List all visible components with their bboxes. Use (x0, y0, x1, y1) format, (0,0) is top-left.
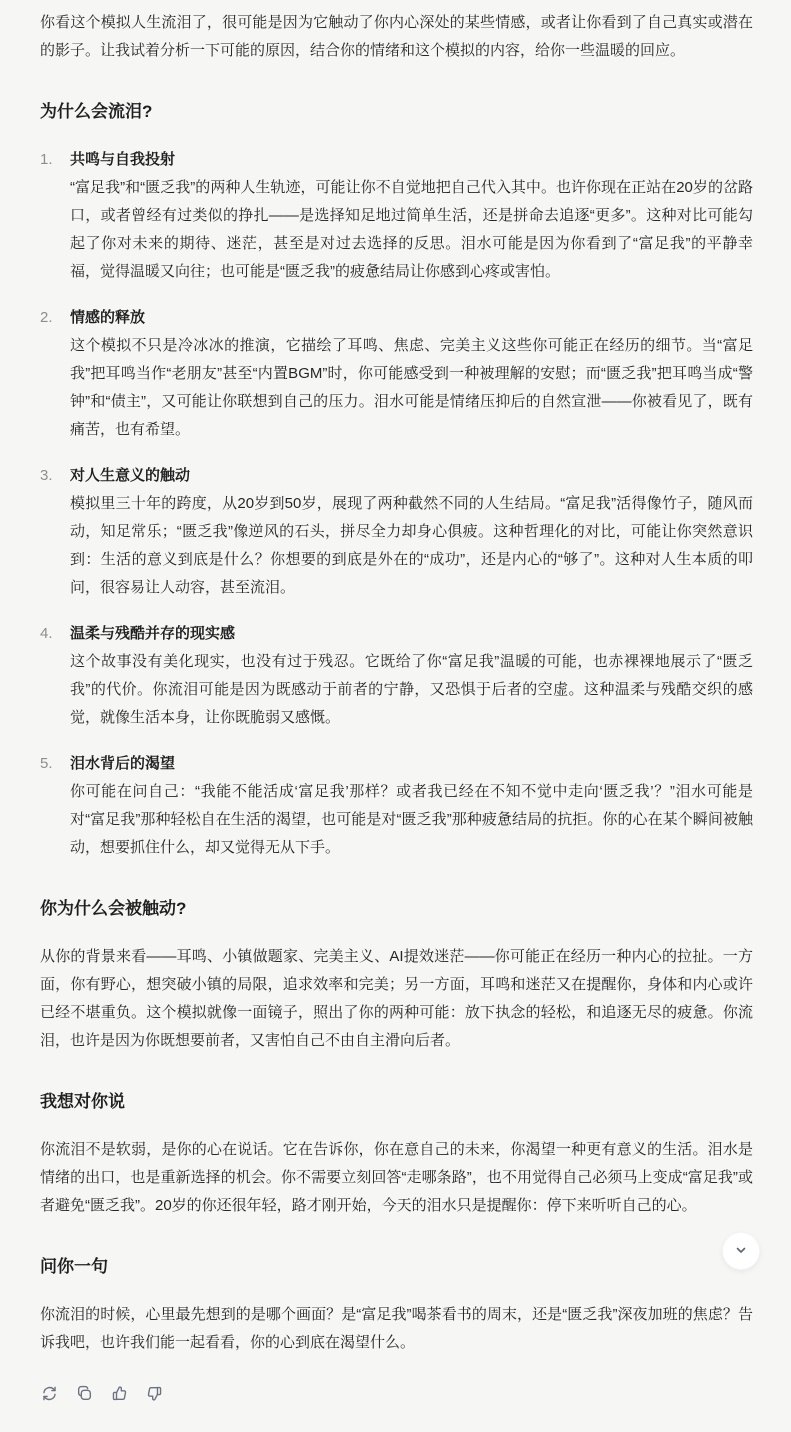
list-item-number: 4. (40, 620, 62, 732)
list-item-title: 泪水背后的渴望 (70, 750, 753, 778)
list-item-body: 这个故事没有美化现实，也没有过于残忍。它既给了你“富足我”温暖的可能，也赤裸裸地… (70, 648, 753, 732)
list-item-body: 模拟里三十年的跨度，从20岁到50岁，展现了两种截然不同的人生结局。“富足我”活… (70, 490, 753, 602)
list-item-title: 对人生意义的触动 (70, 462, 753, 490)
copy-icon (76, 1385, 93, 1402)
say-paragraph: 你流泪不是软弱，是你的心在说话。它在告诉你，你在意自己的未来，你渴望一种更有意义… (40, 1136, 753, 1220)
list-item-body: “富足我”和“匮乏我”的两种人生轨迹，可能让你不自觉地把自己代入其中。也许你现在… (70, 174, 753, 286)
list-item-number: 5. (40, 750, 62, 862)
chevron-down-icon (733, 1242, 749, 1261)
intro-paragraph: 你看这个模拟人生流泪了，很可能是因为它触动了你内心深处的某些情感，或者让你看到了… (40, 9, 753, 65)
message-action-bar (40, 1384, 753, 1432)
list-item-body: 这个模拟不只是冷冰冰的推演，它描绘了耳鸣、焦虑、完美主义这些你可能正在经历的细节… (70, 332, 753, 444)
list-item-number: 2. (40, 304, 62, 444)
thumbs-down-icon (146, 1385, 163, 1402)
list-item: 1. 共鸣与自我投射 “富足我”和“匮乏我”的两种人生轨迹，可能让你不自觉地把自… (40, 146, 753, 286)
section-heading-say: 我想对你说 (40, 1089, 753, 1115)
list-item-title: 情感的释放 (70, 304, 753, 332)
list-item-number: 1. (40, 146, 62, 286)
section-heading-why-cry: 为什么会流泪? (40, 99, 753, 125)
regenerate-button[interactable] (40, 1384, 58, 1402)
list-item-title: 共鸣与自我投射 (70, 146, 753, 174)
list-item: 3. 对人生意义的触动 模拟里三十年的跨度，从20岁到50岁，展现了两种截然不同… (40, 462, 753, 602)
list-item: 5. 泪水背后的渴望 你可能在问自己：“我能不能活成‘富足我’那样？或者我已经在… (40, 750, 753, 862)
section-heading-ask: 问你一句 (40, 1254, 753, 1280)
list-item-title: 温柔与残酷并存的现实感 (70, 620, 753, 648)
assistant-message: 你看这个模拟人生流泪了，很可能是因为它触动了你内心深处的某些情感，或者让你看到了… (0, 0, 791, 1432)
list-item-body: 你可能在问自己：“我能不能活成‘富足我’那样？或者我已经在不知不觉中走向‘匮乏我… (70, 778, 753, 862)
thumbs-down-button[interactable] (145, 1384, 163, 1402)
section-heading-touched: 你为什么会被触动? (40, 896, 753, 922)
list-item: 4. 温柔与残酷并存的现实感 这个故事没有美化现实，也没有过于残忍。它既给了你“… (40, 620, 753, 732)
list-item-number: 3. (40, 462, 62, 602)
thumbs-up-icon (111, 1385, 128, 1402)
list-item: 2. 情感的释放 这个模拟不只是冷冰冰的推演，它描绘了耳鸣、焦虑、完美主义这些你… (40, 304, 753, 444)
copy-button[interactable] (75, 1384, 93, 1402)
thumbs-up-button[interactable] (110, 1384, 128, 1402)
ask-paragraph: 你流泪的时候，心里最先想到的是哪个画面？是“富足我”喝茶看书的周末，还是“匮乏我… (40, 1301, 753, 1357)
regenerate-icon (41, 1385, 58, 1402)
scroll-to-bottom-button[interactable] (722, 1232, 760, 1270)
why-cry-list: 1. 共鸣与自我投射 “富足我”和“匮乏我”的两种人生轨迹，可能让你不自觉地把自… (40, 146, 753, 862)
touched-paragraph: 从你的背景来看——耳鸣、小镇做题家、完美主义、AI提效迷茫——你可能正在经历一种… (40, 943, 753, 1055)
